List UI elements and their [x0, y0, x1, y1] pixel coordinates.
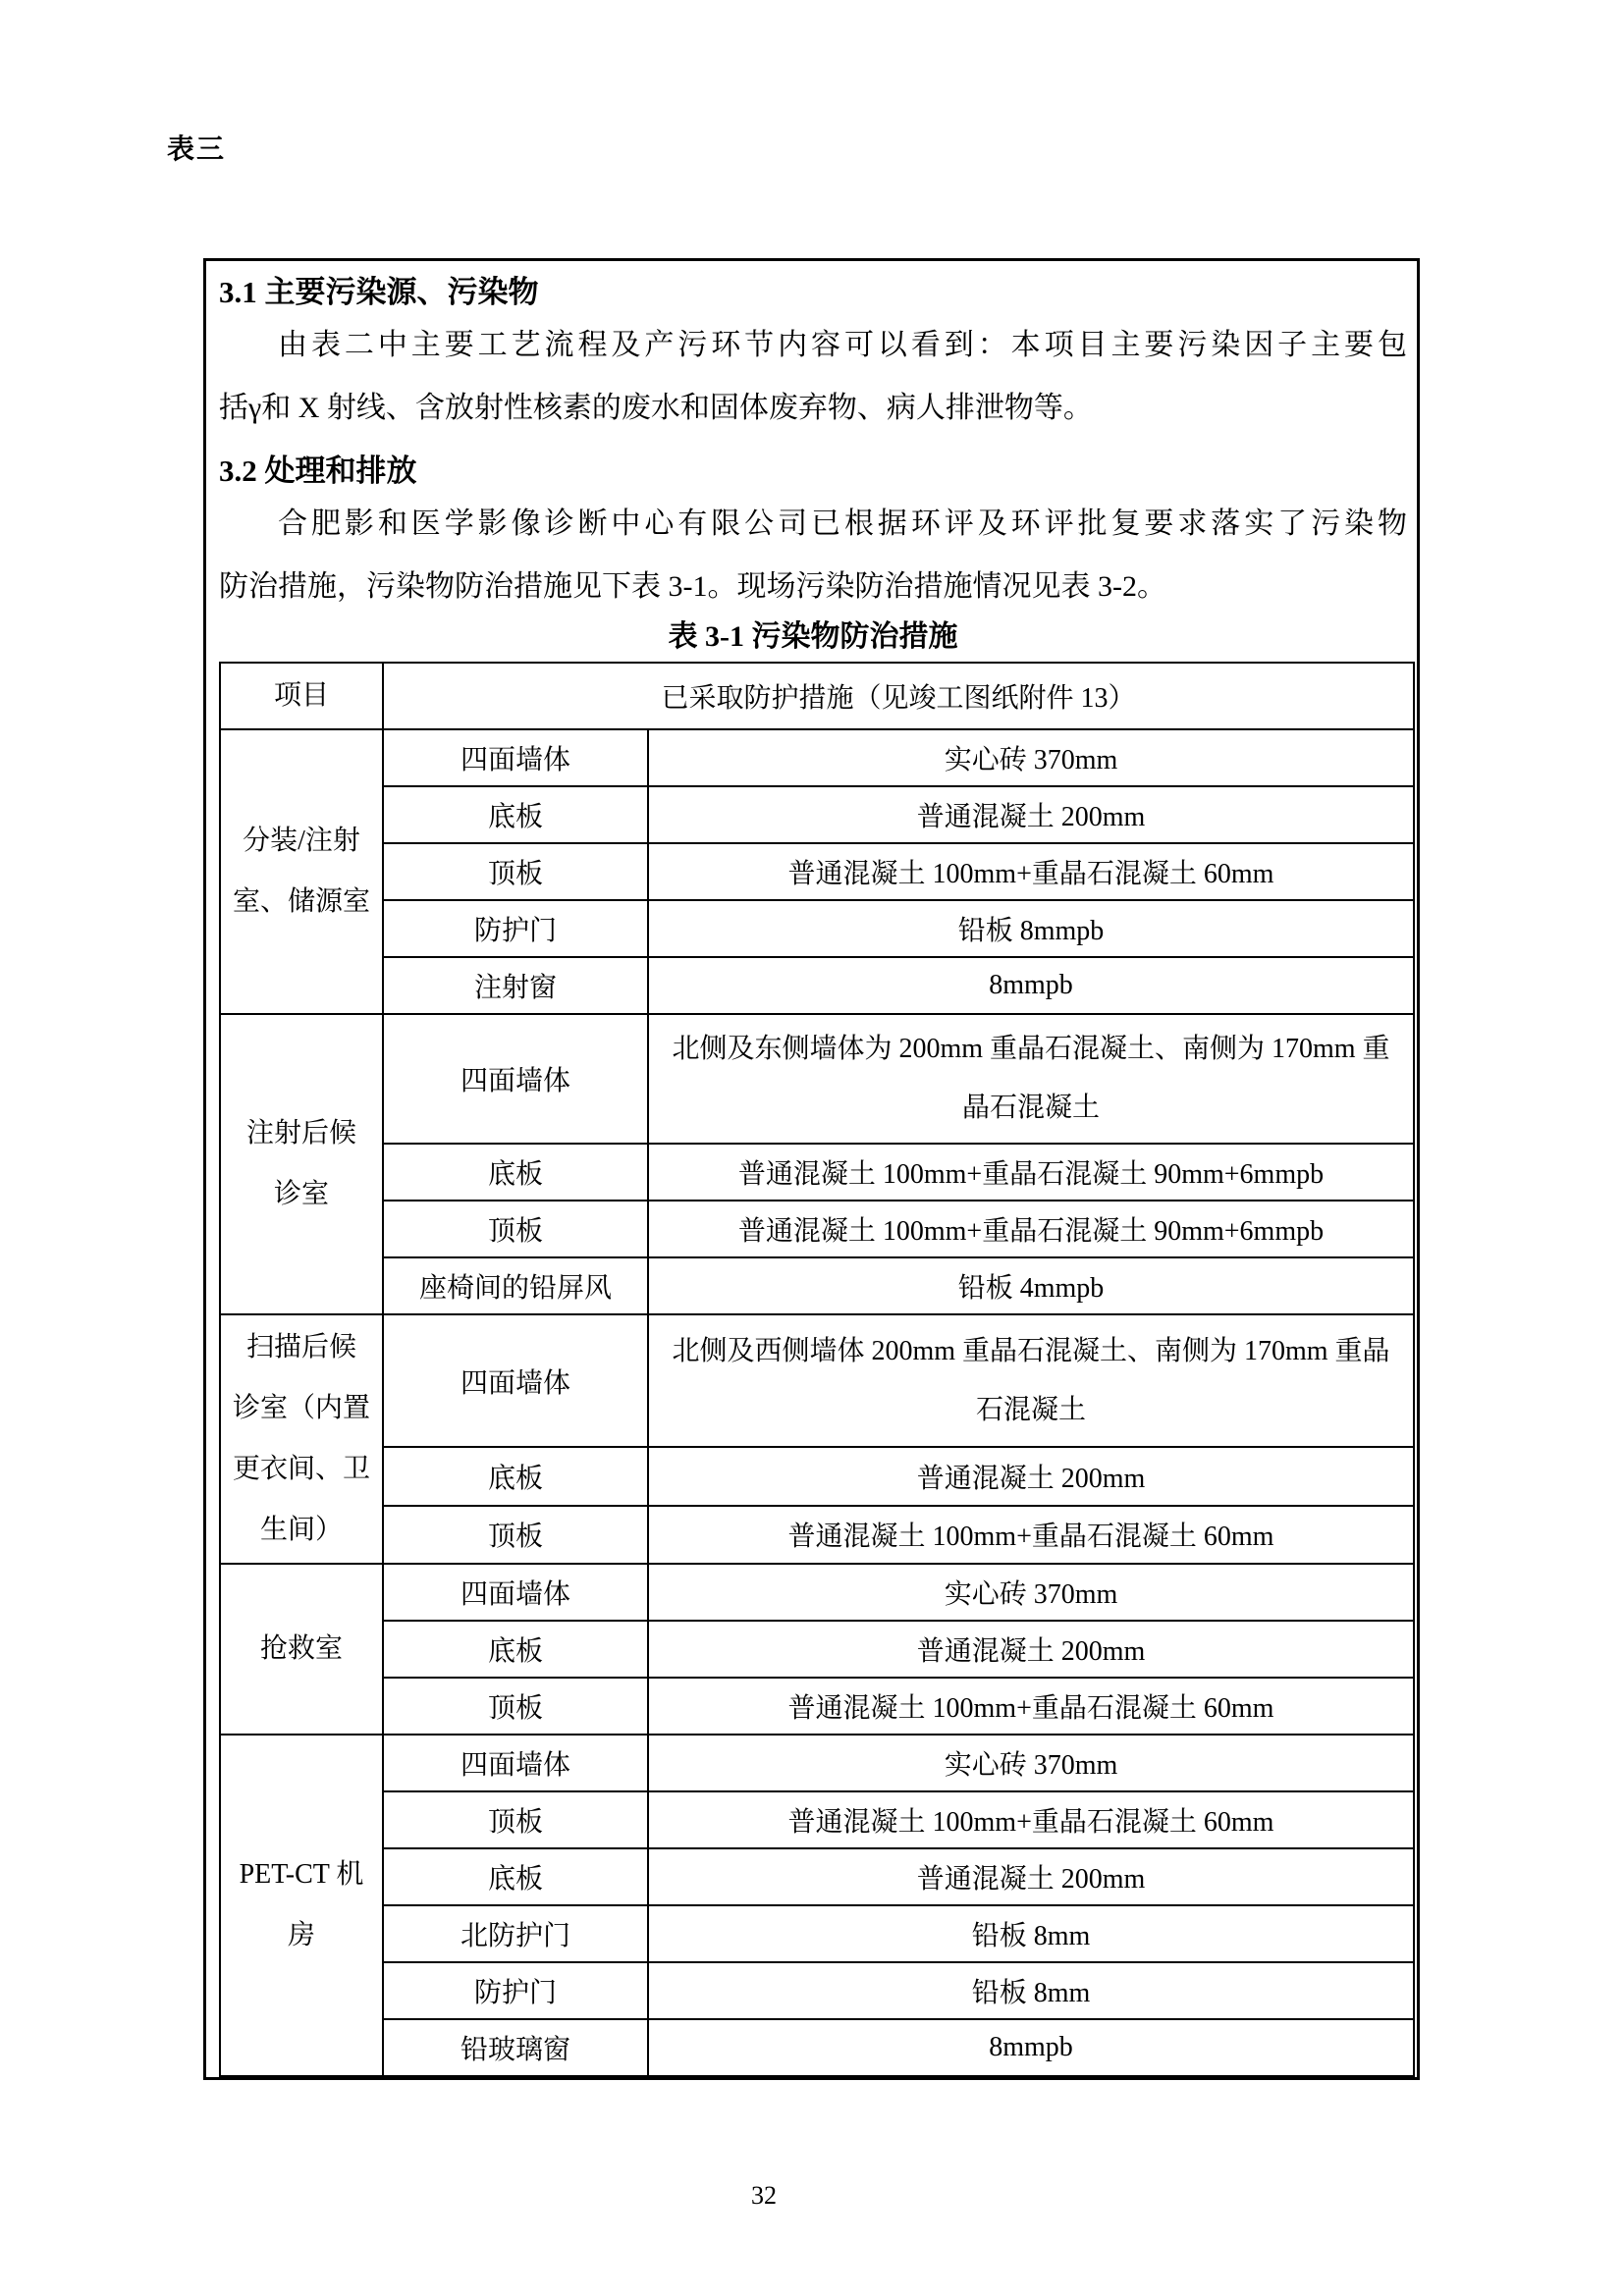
item-cell: 四面墙体 [383, 1564, 648, 1621]
item-cell: 铅玻璃窗 [383, 2019, 648, 2076]
table-row: 顶板 普通混凝土 100mm+重晶石混凝土 60mm [220, 843, 1414, 900]
table-row: 顶板 普通混凝土 100mm+重晶石混凝土 60mm [220, 1506, 1414, 1564]
header-cell-measures: 已采取防护措施（见竣工图纸附件 13） [383, 663, 1414, 729]
group-cell: 分装/注射 室、储源室 [220, 729, 383, 1014]
value-cell: 8mmpb [648, 957, 1414, 1014]
table-row: 底板 普通混凝土 200mm [220, 1447, 1414, 1505]
table-title: 表 3-1 污染物防治措施 [219, 618, 1407, 656]
value-cell: 普通混凝土 100mm+重晶石混凝土 60mm [648, 1791, 1414, 1848]
document-page: 表三 3.1 主要污染源、污染物 由表二中主要工艺流程及产污环节内容可以看到：本… [0, 0, 1624, 2296]
group-cell: 抢救室 [220, 1564, 383, 1735]
table-row: 底板 普通混凝土 100mm+重晶石混凝土 90mm+6mmpb [220, 1144, 1414, 1201]
item-cell: 防护门 [383, 900, 648, 957]
section-3-1-paragraph-line-2: 括γ和 X 射线、含放射性核素的废水和固体废弃物、病人排泄物等。 [219, 377, 1407, 440]
section-3-1-heading: 3.1 主要污染源、污染物 [219, 271, 1407, 314]
group-cell: 扫描后候 诊室（内置 更衣间、卫 生间） [220, 1314, 383, 1564]
item-cell: 顶板 [383, 1506, 648, 1564]
value-cell: 铅板 8mm [648, 1905, 1414, 1962]
value-cell: 普通混凝土 100mm+重晶石混凝土 60mm [648, 1678, 1414, 1735]
value-cell: 实心砖 370mm [648, 1735, 1414, 1791]
section-3-1-paragraph-line-1: 由表二中主要工艺流程及产污环节内容可以看到：本项目主要污染因子主要包 [219, 314, 1407, 377]
pollution-measures-table: 项目 已采取防护措施（见竣工图纸附件 13） 分装/注射 室、储源室 四面墙体 … [219, 662, 1415, 2077]
header-cell-project: 项目 [220, 663, 383, 729]
item-cell: 顶板 [383, 1201, 648, 1257]
page-number: 32 [751, 2181, 810, 2211]
item-cell: 北防护门 [383, 1905, 648, 1962]
item-cell: 注射窗 [383, 957, 648, 1014]
item-cell: 底板 [383, 1144, 648, 1201]
table-row: 底板 普通混凝土 200mm [220, 1848, 1414, 1905]
value-cell: 铅板 4mmpb [648, 1257, 1414, 1314]
item-cell: 底板 [383, 786, 648, 843]
group-cell: 注射后候 诊室 [220, 1014, 383, 1314]
table-row: 分装/注射 室、储源室 四面墙体 实心砖 370mm [220, 729, 1414, 786]
value-cell: 铅板 8mmpb [648, 900, 1414, 957]
section-3-2-heading: 3.2 处理和排放 [219, 450, 1407, 493]
table-header-row: 项目 已采取防护措施（见竣工图纸附件 13） [220, 663, 1414, 729]
table-row: 注射后候 诊室 四面墙体 北侧及东侧墙体为 200mm 重晶石混凝土、南侧为 1… [220, 1014, 1414, 1144]
table-row: 底板 普通混凝土 200mm [220, 786, 1414, 843]
value-cell: 普通混凝土 200mm [648, 1447, 1414, 1505]
table-row: 扫描后候 诊室（内置 更衣间、卫 生间） 四面墙体 北侧及西侧墙体 200mm … [220, 1314, 1414, 1447]
value-cell: 实心砖 370mm [648, 1564, 1414, 1621]
content-box: 3.1 主要污染源、污染物 由表二中主要工艺流程及产污环节内容可以看到：本项目主… [203, 258, 1420, 2080]
value-cell: 普通混凝土 100mm+重晶石混凝土 90mm+6mmpb [648, 1144, 1414, 1201]
item-cell: 座椅间的铅屏风 [383, 1257, 648, 1314]
table-row: 顶板 普通混凝土 100mm+重晶石混凝土 60mm [220, 1678, 1414, 1735]
item-cell: 四面墙体 [383, 1014, 648, 1144]
item-cell: 四面墙体 [383, 1735, 648, 1791]
table-row: 北防护门 铅板 8mm [220, 1905, 1414, 1962]
item-cell: 底板 [383, 1848, 648, 1905]
item-cell: 顶板 [383, 1678, 648, 1735]
table-row: 抢救室 四面墙体 实心砖 370mm [220, 1564, 1414, 1621]
item-cell: 顶板 [383, 843, 648, 900]
table-row: 顶板 普通混凝土 100mm+重晶石混凝土 60mm [220, 1791, 1414, 1848]
item-cell: 底板 [383, 1447, 648, 1505]
page-label: 表三 [167, 128, 226, 167]
table-row: 注射窗 8mmpb [220, 957, 1414, 1014]
value-cell: 8mmpb [648, 2019, 1414, 2076]
item-cell: 四面墙体 [383, 1314, 648, 1447]
group-cell: PET-CT 机 房 [220, 1735, 383, 2076]
value-cell: 普通混凝土 100mm+重晶石混凝土 60mm [648, 1506, 1414, 1564]
value-cell: 实心砖 370mm [648, 729, 1414, 786]
item-cell: 顶板 [383, 1791, 648, 1848]
value-cell: 普通混凝土 100mm+重晶石混凝土 60mm [648, 843, 1414, 900]
table-row: PET-CT 机 房 四面墙体 实心砖 370mm [220, 1735, 1414, 1791]
table-row: 顶板 普通混凝土 100mm+重晶石混凝土 90mm+6mmpb [220, 1201, 1414, 1257]
table-row: 防护门 铅板 8mmpb [220, 900, 1414, 957]
item-cell: 防护门 [383, 1962, 648, 2019]
value-cell: 北侧及东侧墙体为 200mm 重晶石混凝土、南侧为 170mm 重 晶石混凝土 [648, 1014, 1414, 1144]
value-cell: 普通混凝土 200mm [648, 1848, 1414, 1905]
item-cell: 底板 [383, 1621, 648, 1678]
table-row: 防护门 铅板 8mm [220, 1962, 1414, 2019]
value-cell: 铅板 8mm [648, 1962, 1414, 2019]
table-row: 座椅间的铅屏风 铅板 4mmpb [220, 1257, 1414, 1314]
section-3-2-paragraph-line-1: 合肥影和医学影像诊断中心有限公司已根据环评及环评批复要求落实了污染物 [219, 493, 1407, 556]
item-cell: 四面墙体 [383, 729, 648, 786]
table-row: 底板 普通混凝土 200mm [220, 1621, 1414, 1678]
section-3-2-paragraph-line-2: 防治措施，污染物防治措施见下表 3-1。现场污染防治措施情况见表 3-2。 [219, 556, 1407, 618]
value-cell: 普通混凝土 100mm+重晶石混凝土 90mm+6mmpb [648, 1201, 1414, 1257]
value-cell: 北侧及西侧墙体 200mm 重晶石混凝土、南侧为 170mm 重晶 石混凝土 [648, 1314, 1414, 1447]
value-cell: 普通混凝土 200mm [648, 786, 1414, 843]
value-cell: 普通混凝土 200mm [648, 1621, 1414, 1678]
table-row: 铅玻璃窗 8mmpb [220, 2019, 1414, 2076]
